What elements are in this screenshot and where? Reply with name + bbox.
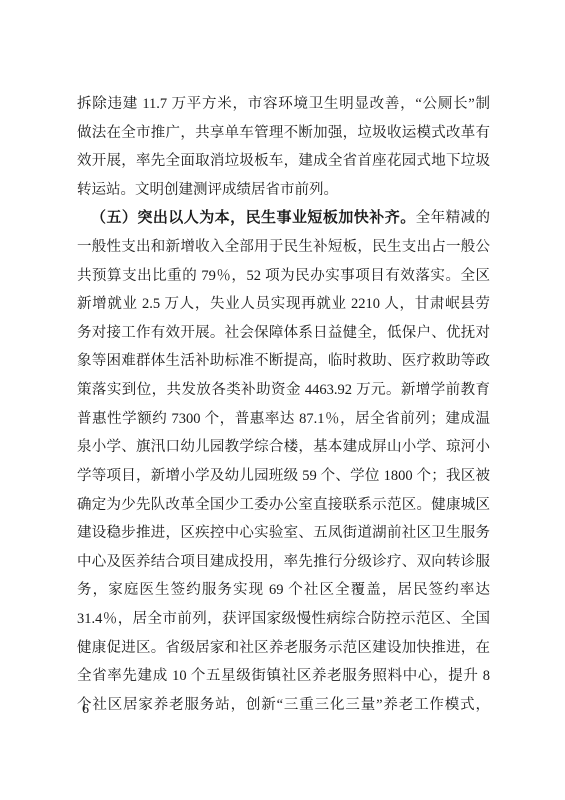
text-segment: 效开展，率先全面取消垃圾板车，建成全省首座花园式地下垃圾 xyxy=(77,153,490,169)
text-segment: 普惠性学额约 7300 个，普惠率达 87.1％，居全省前列；建成温 xyxy=(77,411,490,427)
text-line: 泉小学、旗汛口幼儿园教学综合楼，基本建成屏山小学、琼河小 xyxy=(77,433,490,462)
text-line: 普惠性学额约 7300 个，普惠率达 87.1％，居全省前列；建成温 xyxy=(77,405,490,434)
text-segment: 确定为少先队改革全国少工委办公室直接联系示范区。健康城区 xyxy=(77,497,490,513)
document-text: 拆除违建 11.7 万平方米，市容环境卫生明显改善，“公厕长”制做法在全市推广，… xyxy=(77,90,490,719)
text-segment: 31.4％，居全市前列，获评国家级慢性病综合防控示范区、全国 xyxy=(77,611,490,627)
text-line: 健康促进区。省级居家和社区养老服务示范区建设加快推进，在 xyxy=(77,634,490,663)
text-segment: 策落实到位，共发放各类补助资金 4463.92 万元。新增学前教育 xyxy=(77,382,490,398)
text-line: 新增就业 2.5 万人，失业人员实现再就业 2210 人，甘肃岷县劳 xyxy=(77,290,490,319)
text-line: 中心及医养结合项目建成投用，率先推行分级诊疗、双向转诊服 xyxy=(77,548,490,577)
text-segment: 拆除违建 11.7 万平方米，市容环境卫生明显改善，“公厕长”制 xyxy=(77,96,490,112)
document-page: 拆除违建 11.7 万平方米，市容环境卫生明显改善，“公厕长”制做法在全市推广，… xyxy=(0,0,565,800)
text-segment: 象等困难群体生活补助标准不断提高，临时救助、医疗救助等政 xyxy=(77,353,490,369)
text-segment: 一般性支出和新增收入全部用于民生补短板，民生支出占一般公 xyxy=(77,239,490,255)
text-line: 个社区居家养老服务站，创新“三重三化三量”养老工作模式， xyxy=(77,691,490,720)
text-segment: 全年精减的 xyxy=(416,210,490,226)
text-line: 策落实到位，共发放各类补助资金 4463.92 万元。新增学前教育 xyxy=(77,376,490,405)
text-segment: 个社区居家养老服务站，创新“三重三化三量”养老工作模式， xyxy=(77,697,490,713)
text-segment: 务，家庭医生签约服务实现 69 个社区全覆盖，居民签约率达 xyxy=(77,582,490,598)
text-segment: 做法在全市推广，共享单车管理不断加强，垃圾收运模式改革有 xyxy=(77,125,490,141)
text-segment: 泉小学、旗汛口幼儿园教学综合楼，基本建成屏山小学、琼河小 xyxy=(77,439,490,455)
text-segment: 健康促进区。省级居家和社区养老服务示范区建设加快推进，在 xyxy=(77,640,490,656)
text-segment: 全省率先建成 10 个五星级街镇社区养老服务照料中心，提升 8 xyxy=(77,668,490,684)
text-line: 效开展，率先全面取消垃圾板车，建成全省首座花园式地下垃圾 xyxy=(77,147,490,176)
text-line: 学等项目，新增小学及幼儿园班级 59 个、学位 1800 个；我区被 xyxy=(77,462,490,491)
text-line: 象等困难群体生活补助标准不断提高，临时救助、医疗救助等政 xyxy=(77,347,490,376)
text-line: 建设稳步推进，区疾控中心实验室、五凤街道湖前社区卫生服务 xyxy=(77,519,490,548)
text-line: 31.4％，居全市前列，获评国家级慢性病综合防控示范区、全国 xyxy=(77,605,490,634)
text-segment: 建设稳步推进，区疾控中心实验室、五凤街道湖前社区卫生服务 xyxy=(77,525,490,541)
text-segment: 转运站。文明创建测评成绩居省市前列。 xyxy=(77,182,338,198)
text-line: 务对接工作有效开展。社会保障体系日益健全，低保户、优抚对 xyxy=(77,319,490,348)
text-line: 转运站。文明创建测评成绩居省市前列。 xyxy=(77,176,490,205)
text-segment: 学等项目，新增小学及幼儿园班级 59 个、学位 1800 个；我区被 xyxy=(77,468,490,484)
text-line: 拆除违建 11.7 万平方米，市容环境卫生明显改善，“公厕长”制 xyxy=(77,90,490,119)
text-line: 做法在全市推广，共享单车管理不断加强，垃圾收运模式改革有 xyxy=(77,119,490,148)
section-heading: （五）突出以人为本，民生事业短板加快补齐。 xyxy=(91,210,416,226)
text-line: 全省率先建成 10 个五星级街镇社区养老服务照料中心，提升 8 xyxy=(77,662,490,691)
page-number: 6 xyxy=(82,701,89,719)
text-line: 确定为少先队改革全国少工委办公室直接联系示范区。健康城区 xyxy=(77,491,490,520)
text-segment: 务对接工作有效开展。社会保障体系日益健全，低保户、优抚对 xyxy=(77,325,490,341)
text-line: 务，家庭医生签约服务实现 69 个社区全覆盖，居民签约率达 xyxy=(77,576,490,605)
text-segment: 共预算支出比重的 79％，52 项为民办实事项目有效落实。全区 xyxy=(77,268,490,284)
text-line: 共预算支出比重的 79％，52 项为民办实事项目有效落实。全区 xyxy=(77,262,490,291)
text-segment: 中心及医养结合项目建成投用，率先推行分级诊疗、双向转诊服 xyxy=(77,554,490,570)
text-segment: 新增就业 2.5 万人，失业人员实现再就业 2210 人，甘肃岷县劳 xyxy=(77,296,490,312)
text-line: （五）突出以人为本，民生事业短板加快补齐。全年精减的 xyxy=(77,204,490,233)
text-line: 一般性支出和新增收入全部用于民生补短板，民生支出占一般公 xyxy=(77,233,490,262)
